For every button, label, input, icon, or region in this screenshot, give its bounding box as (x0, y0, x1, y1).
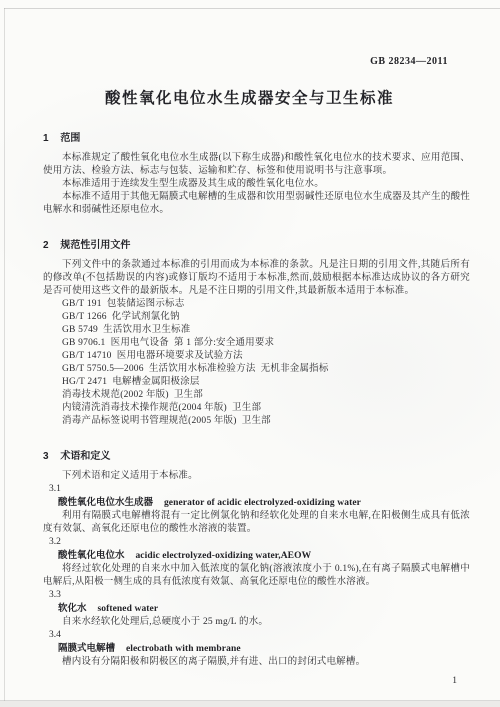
reference-item: GB/T 14710 医用电器环境要求及试验方法 (43, 350, 470, 363)
term-number: 3.4 (43, 629, 470, 642)
section-2-number: 2 (43, 240, 49, 251)
normative-references-intro: 下列文件中的条款通过本标准的引用而成为本标准的条款。凡是注日期的引用文件,其随后… (43, 259, 470, 298)
section-3-number: 3 (43, 451, 49, 462)
section-1-title: 范围 (60, 133, 80, 144)
standard-number: GB 28234—2011 (43, 56, 448, 68)
term-chinese: 软化水 (58, 603, 87, 614)
term-chinese: 隔膜式电解槽 (58, 643, 115, 654)
term-english: softened water (97, 604, 158, 614)
term-heading: 隔膜式电解槽 electrobath with membrane (43, 642, 470, 656)
scope-paragraph-2: 本标准适用于连续发生型生成器及其生成的酸性氧化电位水。 (43, 178, 470, 191)
reference-item: GB 5749 生活饮用水卫生标准 (43, 324, 470, 337)
term-number: 3.1 (43, 483, 470, 496)
term-heading: 酸性氧化电位水 acidic electrolyzed-oxidizing wa… (43, 549, 470, 563)
section-3-heading: 3 术语和定义 (43, 450, 470, 463)
reference-item: GB/T 1266 化学试剂氯化钠 (43, 311, 470, 324)
scanned-document-viewport: GB 28234—2011 酸性氧化电位水生成器安全与卫生标准 1 范围 本标准… (0, 0, 500, 707)
term-heading: 软化水 softened water (43, 602, 470, 616)
reference-item: GB/T 5750.5—2006 生活饮用水标准检验方法 无机非金属指标 (43, 363, 470, 376)
reference-item: HG/T 2471 电解槽金属阳极涂层 (43, 376, 470, 389)
section-3-title: 术语和定义 (60, 451, 110, 462)
section-1-number: 1 (43, 133, 49, 144)
term-chinese: 酸性氧化电位水 (58, 550, 125, 561)
term-english: electrobath with membrane (126, 644, 241, 654)
term-definition: 自来水经软化处理后,总硬度小于 25 mg/L 的水。 (43, 616, 470, 629)
term-number: 3.3 (43, 589, 470, 602)
scope-paragraph-1: 本标准规定了酸性氧化电位水生成器(以下称生成器)和酸性氧化电位水的技术要求、应用… (43, 152, 470, 178)
scan-edge-shadow (0, 701, 500, 707)
page-number: 1 (43, 675, 457, 688)
reference-item: 内镜清洗消毒技术操作规范(2004 年版) 卫生部 (43, 402, 470, 415)
term-chinese: 酸性氧化电位水生成器 (58, 497, 153, 508)
term-english: acidic electrolyzed-oxidizing water,AEOW (135, 551, 311, 561)
term-english: generator of acidic electrolyzed-oxidizi… (164, 498, 361, 508)
document-page: GB 28234—2011 酸性氧化电位水生成器安全与卫生标准 1 范围 本标准… (0, 0, 500, 707)
reference-item: GB 9706.1 医用电气设备 第 1 部分:安全通用要求 (43, 337, 470, 350)
term-heading: 酸性氧化电位水生成器 generator of acidic electroly… (43, 496, 470, 510)
terms-intro: 下列术语和定义适用于本标准。 (43, 470, 470, 483)
section-2-heading: 2 规范性引用文件 (43, 239, 470, 252)
term-definition: 槽内设有分隔阳极和阴极区的离子隔膜,并有进、出口的封闭式电解槽。 (43, 656, 470, 669)
reference-item: 消毒技术规范(2002 年版) 卫生部 (43, 389, 470, 402)
section-2-title: 规范性引用文件 (60, 240, 130, 251)
reference-item: GB/T 191 包装储运图示标志 (43, 298, 470, 311)
term-definition: 利用有隔膜式电解槽将混有一定比例氯化钠和经软化处理的自来水电解,在阳极侧生成具有… (43, 510, 470, 536)
document-title: 酸性氧化电位水生成器安全与卫生标准 (36, 88, 463, 110)
scan-edge-bottom (0, 700, 500, 701)
term-number: 3.2 (43, 536, 470, 549)
scope-paragraph-3: 本标准不适用于其他无隔膜式电解槽的生成器和饮用型弱碱性还原电位水生成器及其产生的… (43, 191, 470, 217)
term-definition: 将经过软化处理的自来水中加入低浓度的氯化钠(溶液浓度小于 0.1%),在有离子隔… (43, 563, 470, 589)
section-1-heading: 1 范围 (43, 132, 470, 145)
page-content: GB 28234—2011 酸性氧化电位水生成器安全与卫生标准 1 范围 本标准… (0, 0, 500, 688)
reference-item: 消毒产品标签说明书管理规范(2005 年版) 卫生部 (43, 415, 470, 428)
